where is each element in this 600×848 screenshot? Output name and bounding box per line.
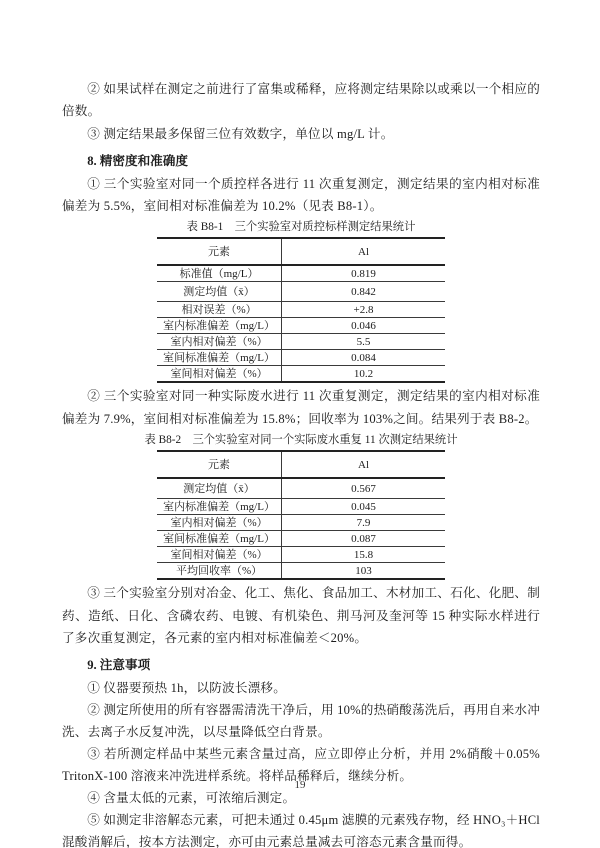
table-cell: 室内标准偏差（mg/L）	[157, 318, 282, 334]
table-header-cell: 元素	[157, 451, 282, 478]
section-8-paragraph-3: ③ 三个实验室分别对冶金、化工、焦化、食品加工、木材加工、石化、化肥、制药、造纸…	[62, 582, 540, 649]
table-cell: 10.2	[282, 366, 445, 383]
table-row: 室间相对偏差（%） 15.8	[157, 547, 445, 563]
table-header-row: 元素 Al	[157, 238, 445, 265]
table-cell: 103	[282, 563, 445, 580]
table-b8-1-caption: 表 B8-1 三个实验室对质控标样测定结果统计	[62, 219, 540, 235]
table-row: 室内标准偏差（mg/L） 0.045	[157, 499, 445, 515]
table-b8-2: 元素 Al 测定均值（x̄） 0.567 室内标准偏差（mg/L） 0.045 …	[157, 450, 445, 580]
section-8-paragraph-1: ① 三个实验室对同一个质控样各进行 11 次重复测定，测定结果的室内相对标准偏差…	[62, 173, 540, 218]
section-9-item-2: ② 测定所使用的所有容器需清洗干净后，用 10%的热硝酸荡洗后，再用自来水冲洗、…	[62, 699, 540, 743]
table-row: 测定均值（x̄） 0.567	[157, 478, 445, 499]
table-cell: 0.842	[282, 282, 445, 302]
section-9: 9. 注意事项 ① 仪器要预热 1h，以防波长漂移。 ② 测定所使用的所有容器需…	[62, 654, 540, 848]
table-row: 测定均值（x̄） 0.842	[157, 282, 445, 302]
section-9-heading: 9. 注意事项	[62, 654, 540, 676]
table-cell: 室间标准偏差（mg/L）	[157, 531, 282, 547]
table-cell: 标准值（mg/L）	[157, 265, 282, 282]
table-cell: 7.9	[282, 515, 445, 531]
table-cell: 0.084	[282, 350, 445, 366]
section-9-item-1: ① 仪器要预热 1h，以防波长漂移。	[62, 677, 540, 699]
table-header-row: 元素 Al	[157, 451, 445, 478]
table-cell: 室内相对偏差（%）	[157, 515, 282, 531]
section-9-item-5: ⑤ 如测定非溶解态元素，可把未通过 0.45μm 滤膜的元素残存物，经 HNO₃…	[62, 809, 540, 848]
table-cell: 平均回收率（%）	[157, 563, 282, 580]
table-row: 室内相对偏差（%） 5.5	[157, 334, 445, 350]
page-number: 19	[0, 779, 600, 791]
table-row: 室内相对偏差（%） 7.9	[157, 515, 445, 531]
table-cell: 室内相对偏差（%）	[157, 334, 282, 350]
table-row: 相对误差（%） +2.8	[157, 302, 445, 318]
table-cell: 室间相对偏差（%）	[157, 547, 282, 563]
table-cell: 0.567	[282, 478, 445, 499]
table-b8-2-caption: 表 B8-2 三个实验室对同一个实际废水重复 11 次测定结果统计	[62, 432, 540, 448]
intro-paragraph-3: ③ 测定结果最多保留三位有效数字，单位以 mg/L 计。	[62, 123, 540, 145]
table-cell: 5.5	[282, 334, 445, 350]
table-header-cell: Al	[282, 238, 445, 265]
table-row: 平均回收率（%） 103	[157, 563, 445, 580]
table-header-cell: Al	[282, 451, 445, 478]
table-cell: 0.087	[282, 531, 445, 547]
table-cell: +2.8	[282, 302, 445, 318]
table-row: 标准值（mg/L） 0.819	[157, 265, 445, 282]
table-cell: 0.046	[282, 318, 445, 334]
table-cell: 室间相对偏差（%）	[157, 366, 282, 383]
table-row: 室内标准偏差（mg/L） 0.046	[157, 318, 445, 334]
intro-paragraph-2: ② 如果试样在测定之前进行了富集或稀释，应将测定结果除以或乘以一个相应的倍数。	[62, 78, 540, 123]
table-cell: 15.8	[282, 547, 445, 563]
table-cell: 相对误差（%）	[157, 302, 282, 318]
table-row: 室间相对偏差（%） 10.2	[157, 366, 445, 383]
table-b8-1: 元素 Al 标准值（mg/L） 0.819 测定均值（x̄） 0.842 相对误…	[157, 237, 445, 383]
section-8-paragraph-2: ② 三个实验室对同一种实际废水进行 11 次重复测定，测定结果的室内相对标准偏差…	[62, 385, 540, 430]
table-cell: 测定均值（x̄）	[157, 282, 282, 302]
table-cell: 测定均值（x̄）	[157, 478, 282, 499]
section-8-heading: 8. 精密度和准确度	[62, 150, 540, 172]
table-cell: 0.819	[282, 265, 445, 282]
document-page: ② 如果试样在测定之前进行了富集或稀释，应将测定结果除以或乘以一个相应的倍数。 …	[0, 0, 600, 848]
table-header-cell: 元素	[157, 238, 282, 265]
table-cell: 0.045	[282, 499, 445, 515]
table-cell: 室间标准偏差（mg/L）	[157, 350, 282, 366]
table-row: 室间标准偏差（mg/L） 0.084	[157, 350, 445, 366]
table-cell: 室内标准偏差（mg/L）	[157, 499, 282, 515]
table-row: 室间标准偏差（mg/L） 0.087	[157, 531, 445, 547]
